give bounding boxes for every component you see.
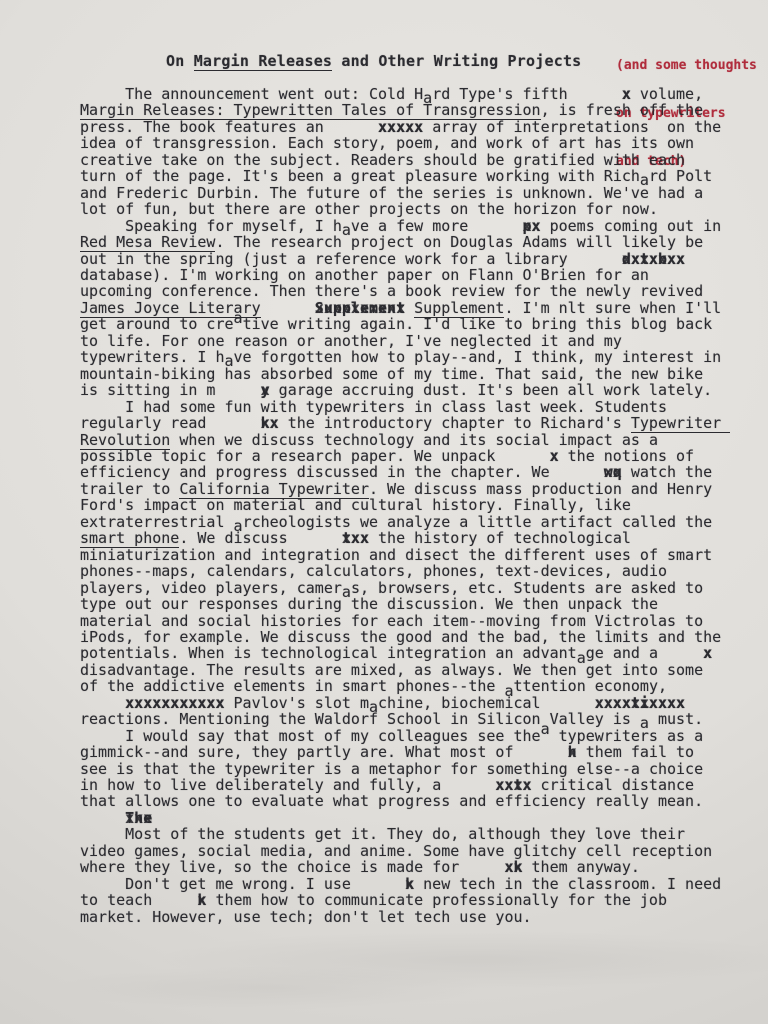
text-run: garage accruing dust. It's been all work…	[270, 381, 713, 399]
text-run: dxtxbxx	[577, 251, 685, 267]
text-run: a	[640, 171, 649, 189]
page-title: On Margin Releases and Other Writing Pro…	[166, 52, 581, 70]
text-run: The announcement went out: Cold H	[125, 85, 423, 103]
text-run: a	[541, 720, 550, 738]
text-run: k	[360, 876, 414, 892]
text-run: a	[369, 698, 378, 716]
text-run: chine, biochemical	[378, 694, 550, 712]
text-run: ve a few more	[351, 217, 477, 235]
text-run: a	[640, 714, 649, 732]
text-run: px	[477, 218, 540, 234]
paragraph: I had some fun with typewriters in class…	[80, 399, 724, 728]
text-run: a	[342, 583, 351, 601]
document-body: The announcement went out: Cold Hard Typ…	[80, 86, 724, 925]
text-run: a	[234, 517, 243, 535]
red-note-line: (and some thoughts	[616, 58, 766, 74]
text-run: the introductory chapter to Richard's	[279, 414, 631, 432]
text-run: ge and a	[586, 644, 658, 662]
text-run: xxtx	[450, 777, 531, 793]
text-run: a	[225, 352, 234, 370]
text-run: h	[523, 744, 577, 760]
text-run: them anyway.	[523, 858, 640, 876]
text-run: a	[423, 89, 432, 107]
text-run: must.	[649, 710, 703, 728]
text-run: On	[166, 52, 194, 70]
text-run: ttention economy,	[513, 677, 676, 695]
text-run	[405, 299, 414, 317]
text-run: Speaking for myself, I h	[125, 217, 342, 235]
text-run: x	[658, 645, 712, 661]
text-run: volume,	[631, 85, 712, 103]
text-run: rd Type's fifth	[432, 85, 577, 103]
text-run: wq	[559, 464, 622, 480]
text-run: xxxxx	[333, 119, 423, 135]
text-run: xxxxtixxxx	[550, 695, 685, 711]
text-run: x	[577, 86, 631, 102]
text-run	[261, 299, 270, 317]
text-run: Margin Releases	[194, 52, 332, 71]
text-run: x	[504, 448, 558, 464]
paragraph: I would say that most of my colleagues s…	[80, 728, 724, 827]
text-run: xxxxxxxxxxx	[80, 695, 224, 711]
text-run: Pavlov's slot m	[224, 694, 369, 712]
text-run: and Other Writing Projects	[332, 52, 581, 70]
typewritten-page: On Margin Releases and Other Writing Pro…	[0, 0, 768, 1024]
paragraph: Most of the students get it. They do, al…	[80, 826, 724, 875]
text-run: The	[80, 810, 152, 826]
text-run: kx	[215, 415, 278, 431]
paragraph: The announcement went out: Cold Hard Typ…	[80, 86, 724, 218]
text-run: I would say that most of my colleagues s…	[125, 727, 540, 745]
text-run: a	[577, 649, 586, 667]
text-run: Don't get me wrong. I use	[125, 875, 360, 893]
text-run: a	[504, 682, 513, 700]
text-run: k	[152, 892, 206, 908]
text-run: rcheologists we analyze a little artifac…	[243, 513, 722, 531]
text-run: xk	[459, 859, 522, 875]
text-run: Supplement	[270, 300, 405, 316]
text-run: y	[215, 382, 269, 398]
paragraph: Don't get me wrong. I use k new tech in …	[80, 876, 724, 925]
text-run: poems coming out in	[541, 217, 731, 235]
paragraph: Speaking for myself, I have a few more p…	[80, 218, 724, 399]
text-run: a	[234, 309, 243, 327]
text-run: txx	[297, 530, 369, 546]
text-run: a	[342, 221, 351, 239]
